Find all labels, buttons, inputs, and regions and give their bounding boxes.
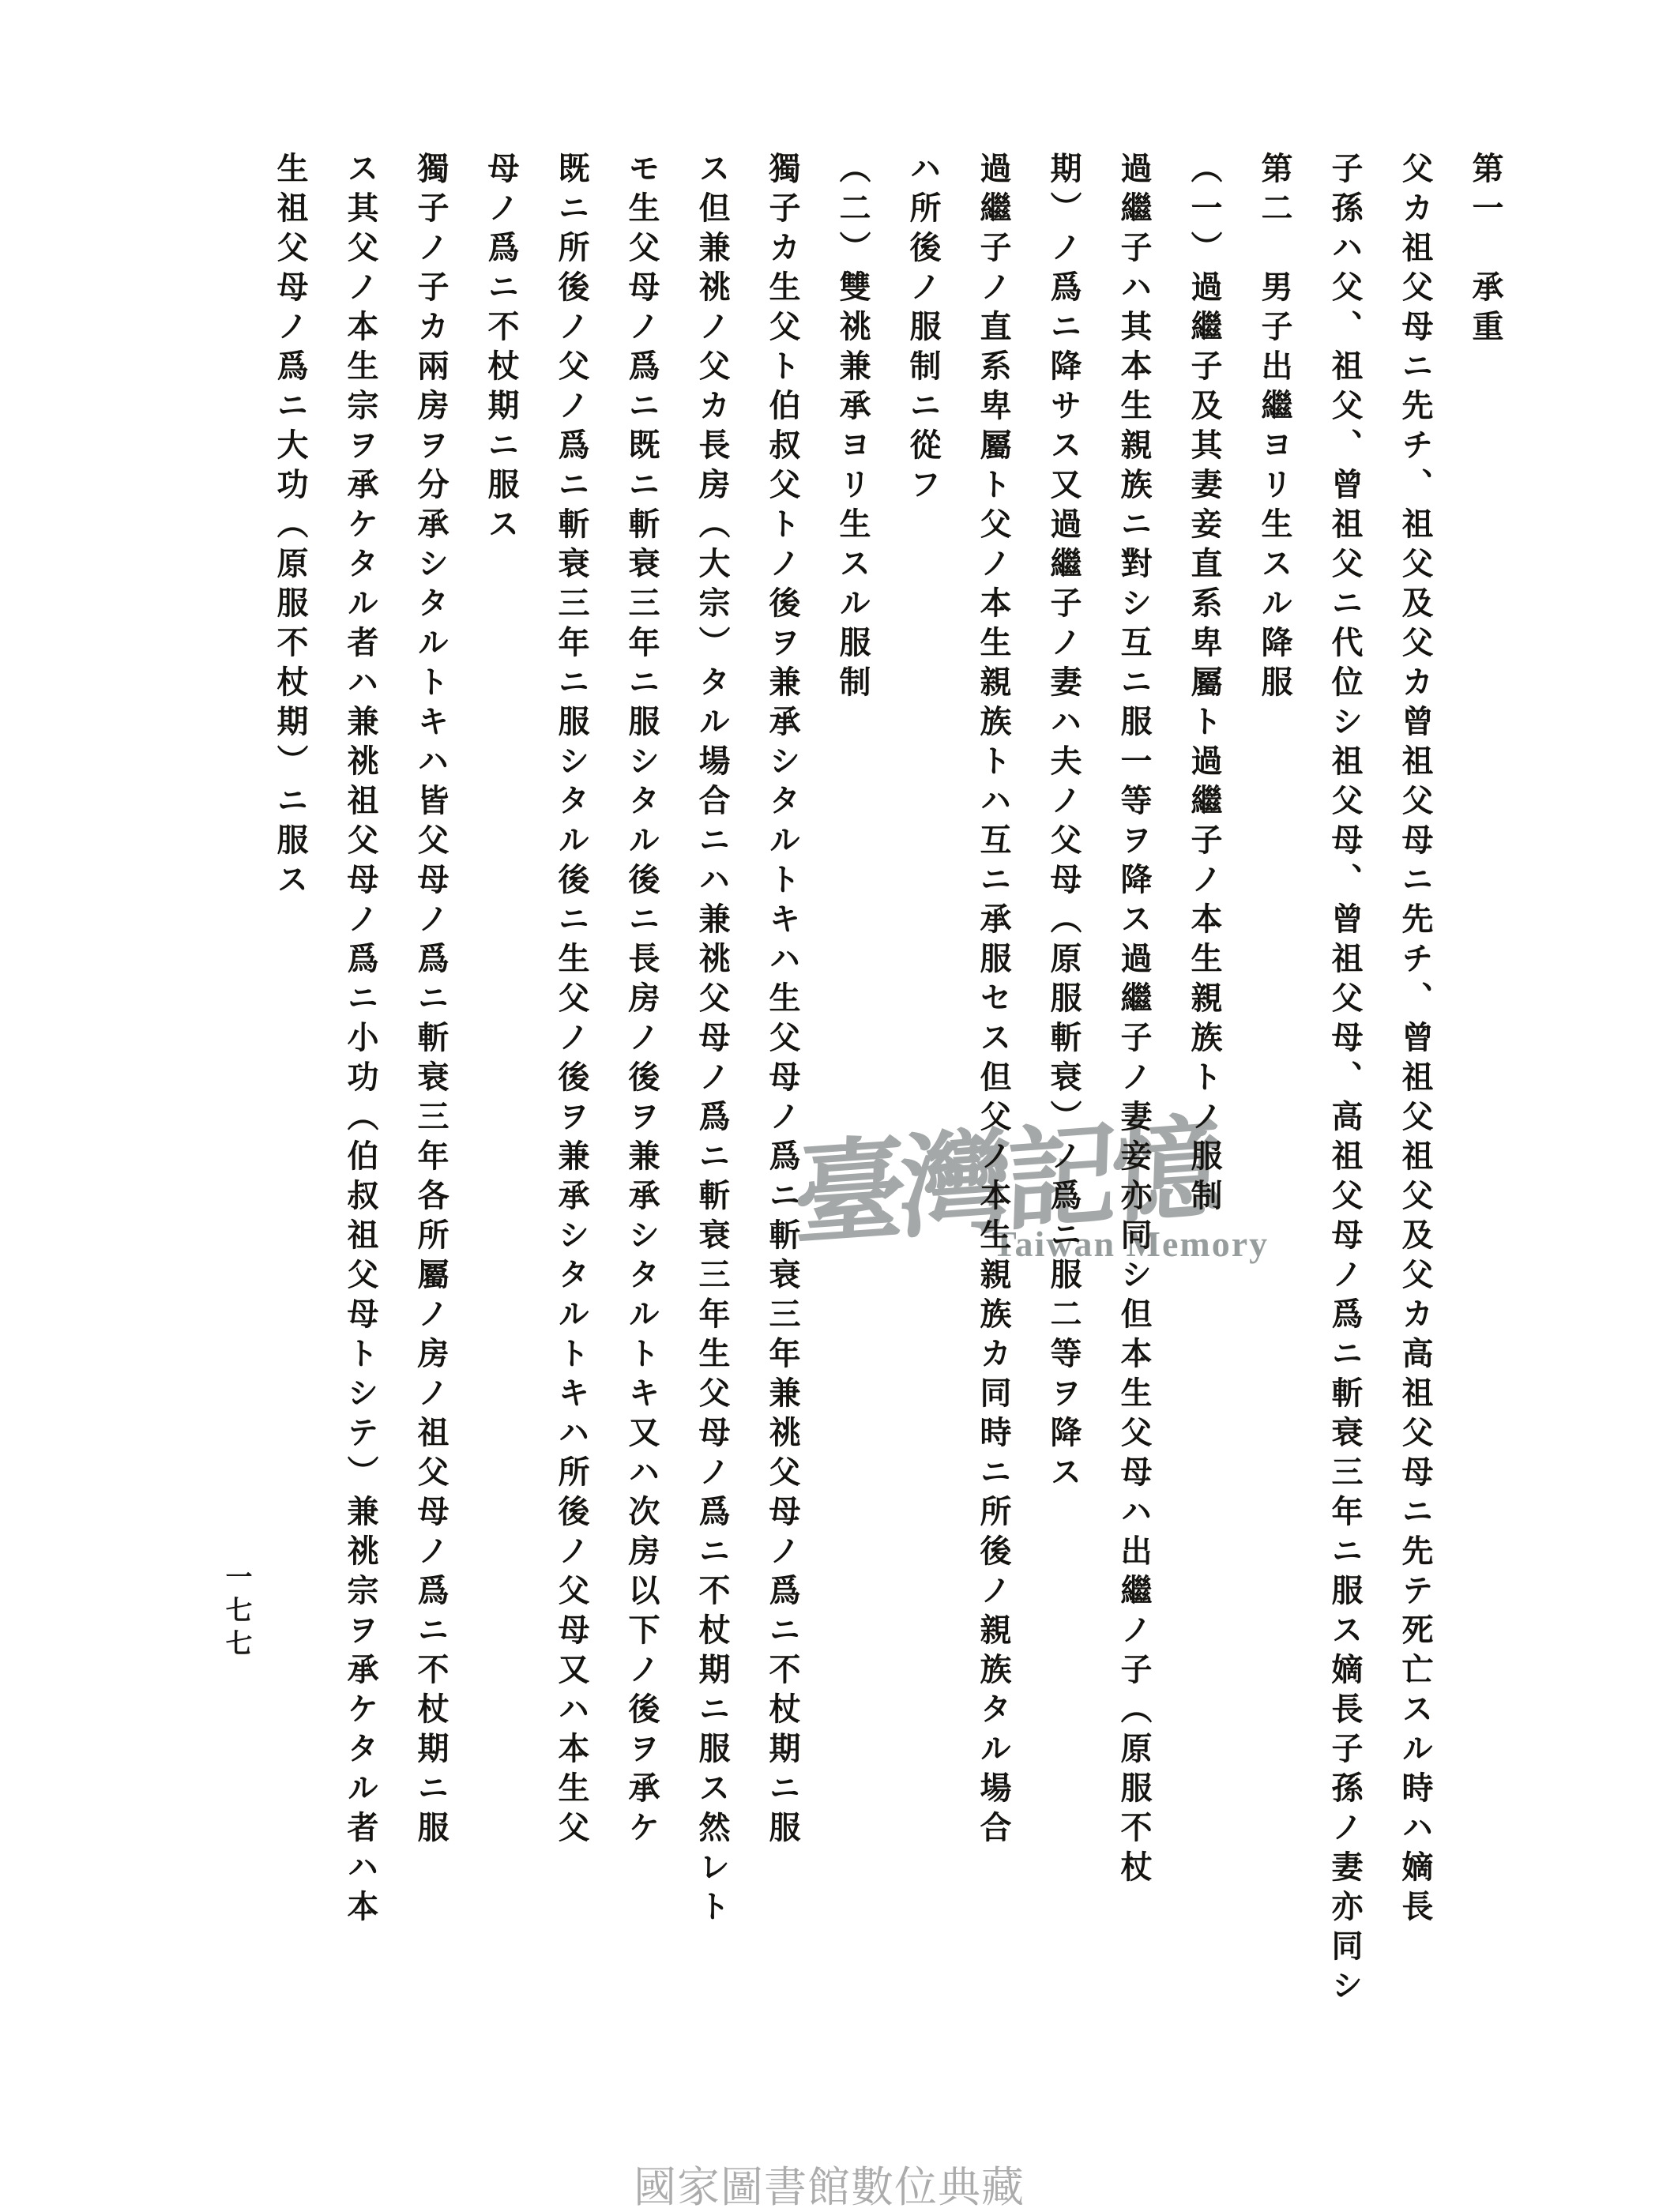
text-column: 過繼子ノ直系卑屬ト父ノ本生親族トハ互ニ承服セス但父ノ本生親族カ同時ニ所後ノ親族タ… bbox=[972, 152, 1014, 1850]
text-column: 既ニ所後ノ父ノ爲ニ斬衰三年ニ服シタル後ニ生父ノ後ヲ兼承シタルトキハ所後ノ父母又ハ… bbox=[551, 152, 592, 1850]
text-column: ス其父ノ本生宗ヲ承ケタル者ハ兼祧祖父母ノ爲ニ小功（伯叔祖父母トシテ）兼祧宗ヲ承ケ… bbox=[340, 152, 381, 1929]
text-column: 生祖父母ノ爲ニ大功（原服不杖期）ニ服ス bbox=[269, 152, 310, 902]
text-column: 父カ祖父母ニ先チ、祖父及父カ曾祖父母ニ先チ、曾祖父祖父及父カ高祖父母ニ先テ死亡ス… bbox=[1394, 152, 1435, 1929]
item-two-heading: （二）雙祧兼承ヨリ生スル服制 bbox=[832, 152, 873, 705]
archive-footer-caption: 國家圖書館數位典藏 bbox=[634, 2154, 1025, 2212]
section-heading-1: 第一 承重 bbox=[1465, 152, 1506, 349]
section-heading-2: 第二 男子出繼ヨリ生スル降服 bbox=[1254, 152, 1295, 705]
text-column: ス但兼祧ノ父カ長房（大宗）タル場合ニハ兼祧父母ノ爲ニ斬衰三年生父母ノ爲ニ不杖期ニ… bbox=[691, 152, 732, 1929]
item-one-heading: （一）過繼子及其妻妾直系卑屬ト過繼子ノ本生親族トノ服制 bbox=[1183, 152, 1224, 1218]
scanned-document-page: 臺灣記憶 Taiwan Memory 第一 承重 父カ祖父母ニ先チ、祖父及父カ曾… bbox=[0, 0, 1659, 2212]
text-column: モ生父母ノ爲ニ既ニ斬衰三年ニ服シタル後ニ長房ノ後ヲ兼承シタルトキ又ハ次房以下ノ後… bbox=[621, 152, 662, 1850]
page-number: 一七七 bbox=[220, 1563, 251, 1662]
text-column: 獨子ノ子カ兩房ヲ分承シタルトキハ皆父母ノ爲ニ斬衰三年各所屬ノ房ノ祖父母ノ爲ニ不杖… bbox=[410, 152, 451, 1850]
text-column: 獨子カ生父ト伯叔父トノ後ヲ兼承シタルトキハ生父母ノ爲ニ斬衰三年兼祧父母ノ爲ニ不杖… bbox=[762, 152, 803, 1850]
text-column: 期）ノ爲ニ降サス又過繼子ノ妻ハ夫ノ父母（原服斬衰）ノ爲ニ服二等ヲ降ス bbox=[1043, 152, 1084, 1495]
text-column: 母ノ爲ニ不杖期ニ服ス bbox=[480, 152, 521, 547]
text-column: 子孫ハ父、祖父、曾祖父ニ代位シ祖父母、曾祖父母、高祖父母ノ爲ニ斬衰三年ニ服ス嫡長… bbox=[1324, 152, 1365, 2008]
text-column: 過繼子ハ其本生親族ニ對シ互ニ服一等ヲ降ス過繼子ノ妻妾亦同シ但本生父母ハ出繼ノ子（… bbox=[1113, 152, 1154, 1890]
text-column: ハ所後ノ服制ニ從フ bbox=[902, 152, 943, 507]
